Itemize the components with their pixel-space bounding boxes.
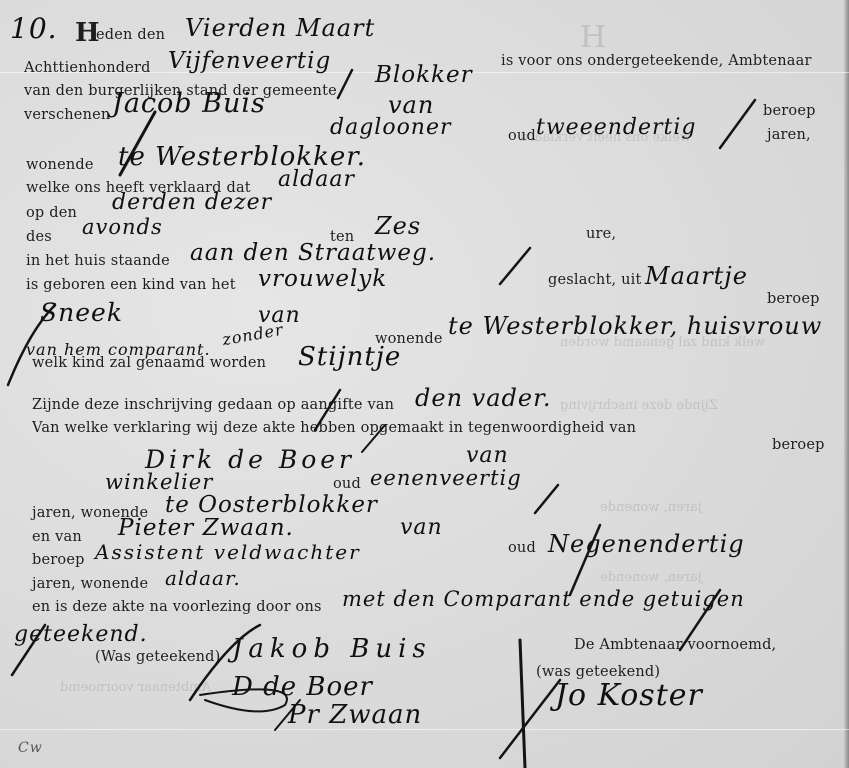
document-page: H welke ons heeft verklaard welk kind za…	[0, 0, 849, 768]
pen-flourishes	[0, 0, 849, 768]
